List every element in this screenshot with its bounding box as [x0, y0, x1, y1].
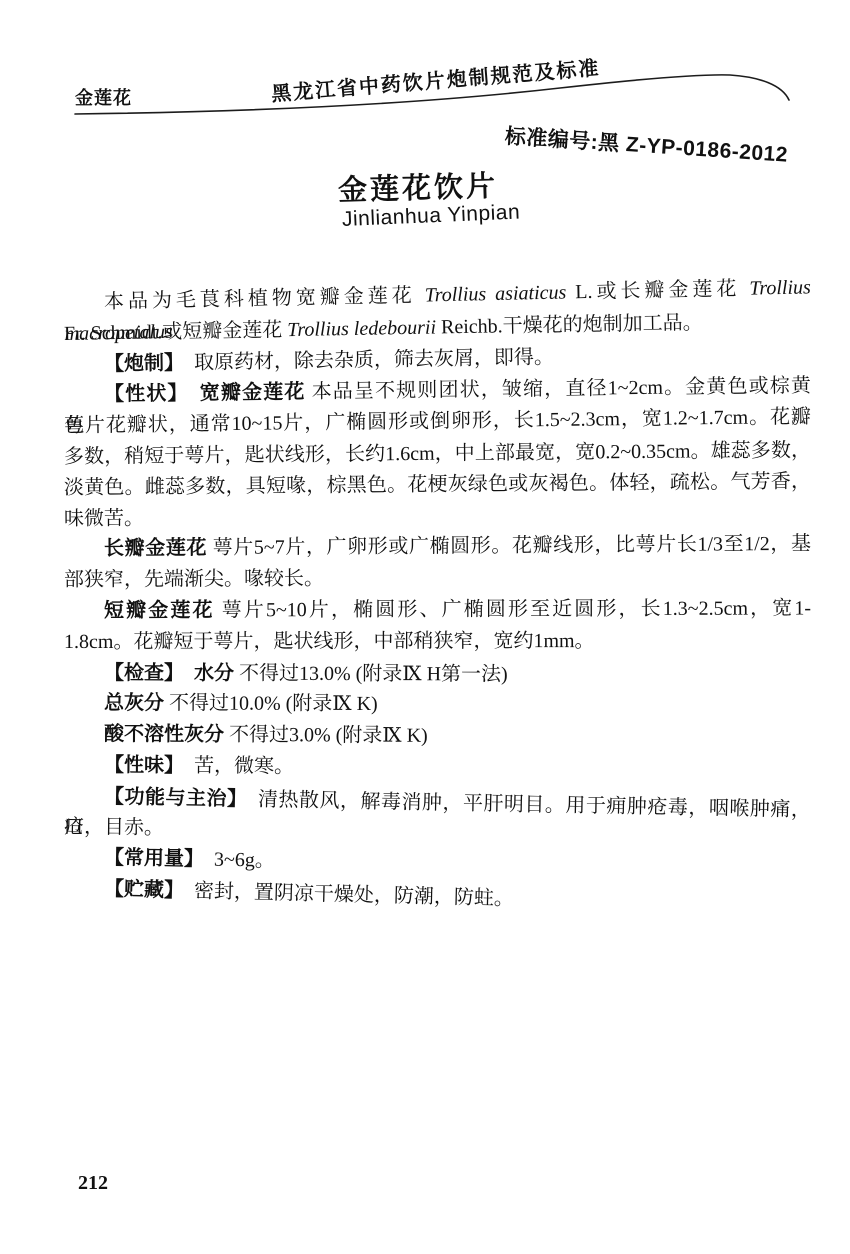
body-segment: L.或长瓣金莲花 [566, 278, 749, 304]
body-segment-bold: 酸不溶性灰分 [104, 723, 224, 746]
body-segment: 味微苦。 [64, 507, 144, 530]
body-segment-bold: 【贮藏】 [104, 878, 175, 902]
body-segment: 淡黄色。雌蕊多数，具短喙，棕黑色。花梗灰绿色或灰褐色。体轻，疏松。气芳香， [64, 470, 811, 499]
body-line: 部狭窄，先端渐尖。喙较长。 [64, 561, 811, 596]
body-segment [174, 662, 194, 684]
body-segment: 苦，微寒。 [174, 755, 294, 778]
species-name-italic: Trollius ledebourii [287, 316, 436, 341]
page-number: 212 [78, 1172, 108, 1195]
body-segment: 3~6g。 [194, 849, 275, 872]
body-segment-bold: 短瓣金莲花 [104, 599, 215, 621]
body-segment: 疮，目赤。 [64, 816, 164, 839]
body-line: 总灰分 不得过10.0% (附录Ⅸ K) [64, 688, 811, 721]
body-segment: Fr. Schmidt.或短瓣金莲花 [64, 319, 288, 345]
body-segment-bold: 总灰分 [104, 692, 164, 714]
body-segment: 1.8cm。花瓣短于萼片，匙状线形，中部稍狭窄，宽约1mm。 [64, 630, 595, 653]
species-name-italic: Trollius asiaticus [424, 281, 566, 306]
body-line: 酸不溶性灰分 不得过3.0% (附录Ⅸ K) [64, 719, 811, 754]
body-segment [178, 383, 199, 405]
body-segment-bold: 水分 [194, 662, 234, 684]
body-segment-bold: 【常用量】 [104, 847, 194, 871]
body-segment: 取原药材，除去杂质，筛去灰屑，即得。 [174, 346, 554, 374]
body-segment: 密封，置阴凉干燥处，防潮，防蛀。 [174, 880, 514, 910]
body-line: 短瓣金莲花 萼片5~10片，椭圆形、广椭圆形至近圆形，长1.3~2.5cm，宽1… [64, 593, 811, 626]
body-segment-bold: 【功能与主治】 [104, 786, 238, 811]
body-segment: 萼片花瓣状，通常10~15片，广椭圆形或倒卵形，长1.5~2.3cm，宽1.2~… [64, 406, 811, 437]
body-line: 【检查】 水分 不得过13.0% (附录Ⅸ H第一法) [64, 658, 811, 691]
scanned-document-page: 金莲花 黑龙江省中药饮片炮制规范及标准 标准编号:黑 Z-YP-0186-201… [0, 0, 850, 1254]
header-rule-curve [0, 0, 850, 130]
body-segment: 萼片5~10片，椭圆形、广椭圆形至近圆形，长1.3~2.5cm，宽1- [215, 597, 811, 621]
body-segment: 多数，稍短于萼片，匙状线形，长约1.6cm，中上部最宽，宽0.2~0.35cm。… [64, 439, 811, 468]
body-segment-bold: 【性状】 [104, 383, 179, 406]
body-segment: 部狭窄，先端渐尖。喙较长。 [64, 568, 324, 591]
body-line: 1.8cm。花瓣短于萼片，匙状线形，中部稍狭窄，宽约1mm。 [64, 625, 811, 657]
body-segment-bold: 【炮制】 [104, 352, 174, 375]
body-segment: 不得过3.0% (附录Ⅸ K) [224, 724, 428, 747]
body-segment: Reichb.干燥花的炮制加工品。 [436, 312, 703, 339]
body-segment-bold: 【性味】 [104, 754, 174, 776]
body-line: 淡黄色。雌蕊多数，具短喙，棕黑色。花梗灰绿色或灰褐色。体轻，疏松。气芳香， [64, 466, 811, 503]
body-segment: 不得过10.0% (附录Ⅸ K) [164, 693, 378, 716]
body-text: 本品为毛茛科植物宽瓣金莲花 Trollius asiaticus L.或长瓣金莲… [64, 288, 811, 904]
body-segment: 萼片5~7片，广卵形或广椭圆形。花瓣线形，比萼片长1/3至1/2，基 [207, 533, 811, 559]
body-segment: 不得过13.0% (附录Ⅸ H第一法) [234, 662, 508, 685]
body-segment-bold: 长瓣金莲花 [104, 537, 207, 560]
body-segment-bold: 宽瓣金莲花 [200, 381, 306, 404]
body-line: 【性味】 苦，微寒。 [64, 750, 811, 786]
body-segment-bold: 【检查】 [104, 662, 174, 684]
body-line: 长瓣金莲花 萼片5~7片，广卵形或广椭圆形。花瓣线形，比萼片长1/3至1/2，基 [64, 529, 811, 565]
body-segment: 本品为毛茛科植物宽瓣金莲花 [104, 284, 425, 313]
